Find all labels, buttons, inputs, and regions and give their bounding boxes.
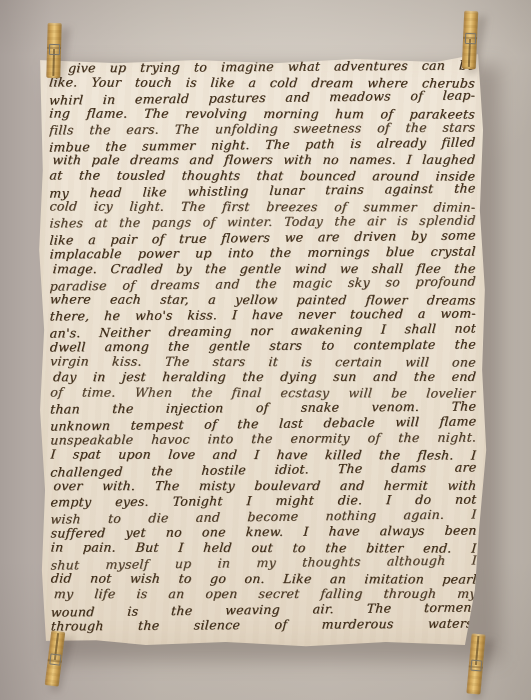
manuscript-line: with pale dreams and flowers with no nam… xyxy=(52,152,476,168)
manuscript-line: did not wish to go on. Like an imitation… xyxy=(50,570,477,587)
manuscript-line: through the silence of murderous waters. xyxy=(50,616,477,634)
clothespin-spring xyxy=(470,660,482,672)
clothespin-spring xyxy=(465,33,476,44)
clothespin-spring xyxy=(49,654,61,666)
manuscript-line: day in jest heralding the dying sun and … xyxy=(52,369,476,385)
manuscript-text: I give up trying to imagine what adventu… xyxy=(49,58,477,642)
clothespin-wood xyxy=(462,11,479,70)
manuscript-line: virgin kiss. The stars it is certain wil… xyxy=(49,353,476,370)
manuscript-paper: I give up trying to imagine what adventu… xyxy=(36,50,488,648)
manuscript-line: over with. The misty boulevard and hermi… xyxy=(53,477,477,493)
photograph: I give up trying to imagine what adventu… xyxy=(0,0,531,700)
manuscript-line: unspeakable havoc into the enormity of t… xyxy=(50,430,477,448)
manuscript-line: suffered yet no one knew. I have always … xyxy=(50,523,477,541)
manuscript-line: dwell among the gentle stars to contempl… xyxy=(49,337,476,355)
clothespin-top-left xyxy=(46,23,61,78)
clothespin-wood xyxy=(46,23,61,78)
manuscript-line: implacable power up into the mornings bl… xyxy=(49,244,476,262)
clothespin-spring xyxy=(49,44,60,55)
clothespin-top-right xyxy=(462,11,479,70)
